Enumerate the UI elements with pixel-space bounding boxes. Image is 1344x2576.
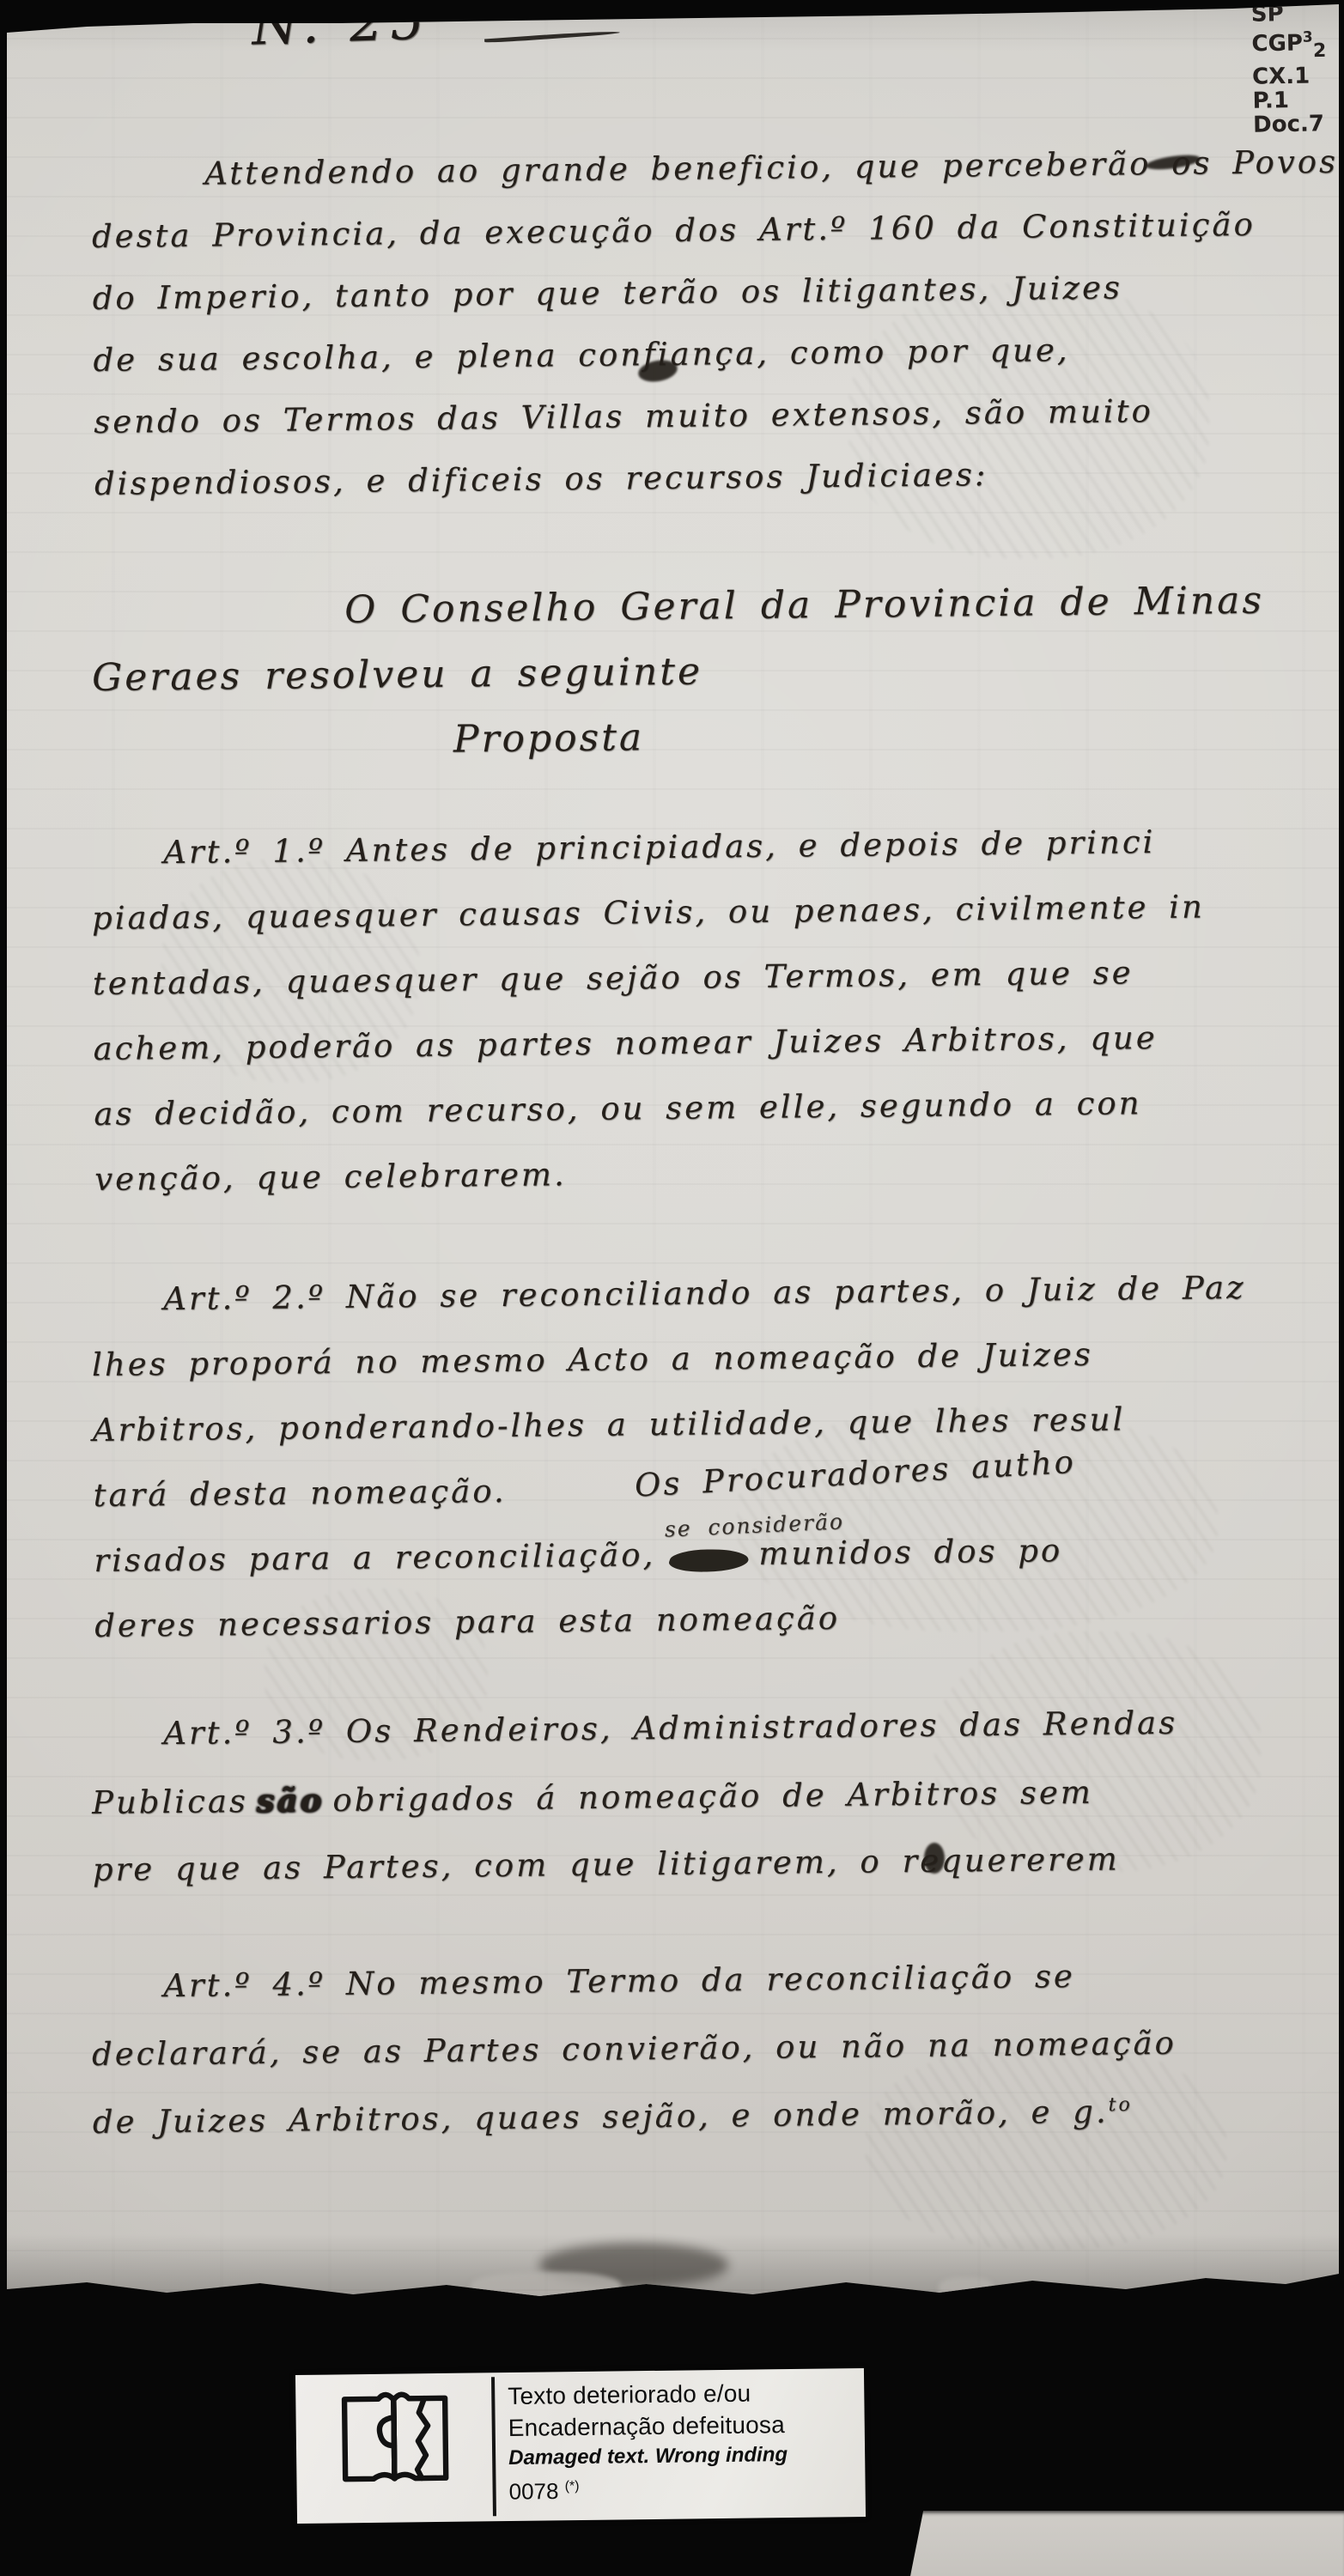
archival-mark: Doc.7 [1253,112,1328,137]
article-3: Art.º 3.º Os Rendeiros, Administradores … [91,1703,1304,1919]
superscript-abbreviation: to [1108,2093,1133,2116]
archival-marks: SP CGP32 CX.1 P.1 Doc.7 [1251,1,1328,137]
manuscript-line: Art.º 1.º Antes de principiadas, e depoi… [91,822,1303,900]
proposta-title: Proposta [93,708,1304,787]
manuscript-line: Art.º 3.º Os Rendeiros, Administradores … [91,1703,1303,1783]
manuscript-line: deres necessarios para esta nomeação [94,1595,1306,1673]
crossed-out-word: se considerão [666,1549,752,1572]
scan-corner-patch [910,2511,1344,2576]
manuscript-line: Art.º 4.º No mesmo Termo da reconciliaçã… [91,1955,1303,2036]
manuscript-line: venção, que celebrarem. [94,1148,1306,1226]
archival-mark: SP [1251,1,1326,27]
page-number: N. 25 [251,0,432,58]
blotted-correction: são [257,1781,325,1820]
torn-edge-remnant [939,2277,994,2300]
pen-flourish [484,29,620,43]
manuscript-line: pre que as Partes, com que litigarem, o … [93,1838,1304,1919]
manuscript-line: Art.º 2.º Não se reconciliando as partes… [91,1268,1303,1346]
damaged-book-icon [333,2384,455,2495]
manuscript-line: piadas, quaesquer causas Civis, ou penae… [92,887,1304,965]
condition-text-en: Damaged text. Wrong inding [508,2440,788,2473]
archival-mark: CX.1 [1252,64,1327,89]
archival-mark: CGP32 [1251,25,1326,64]
condition-text-pt: Encadernação defeituosa [508,2409,788,2444]
condition-text-pt: Texto deteriorado e/ou [508,2377,787,2412]
manuscript-line: risados para a reconciliação,se consider… [94,1529,1305,1607]
manuscript-line: O Conselho Geral da Provincia de Minas [91,578,1303,656]
manuscript-line: achem, poderão as partes nomear Juizes A… [93,1018,1304,1096]
manuscript-line: lhes proporá no mesmo Acto a nomeação de… [92,1334,1304,1412]
torn-edge-remnant [471,2272,621,2305]
manuscript-line: declarará, se as Partes convierão, ou nã… [92,2023,1304,2104]
article-2: Art.º 2.º Não se reconciliando as partes… [91,1268,1306,1673]
manuscript-line: Publicassãoobrigados á nomeação de Arbit… [92,1771,1304,1851]
opening-paragraph: Attendendo ao grande beneficio, que perc… [91,143,1305,527]
condition-label-text: Texto deteriorado e/ou Encadernação defe… [508,2377,788,2506]
archival-mark: P.1 [1253,88,1328,113]
manuscript-line: tentadas, quaesquer que sejão os Termos,… [93,952,1304,1030]
label-divider [491,2377,496,2516]
manuscript-paper: N. 25 SP CGP32 CX.1 P.1 Doc.7 Attendendo… [7,0,1339,2312]
manuscript-line: dispendiosos, e dificeis os recursos Jud… [94,453,1306,527]
condition-code: 0078 (*) [508,2470,788,2506]
manuscript-line: Geraes resolveu a seguinte [92,643,1304,721]
article-1: Art.º 1.º Antes de principiadas, e depoi… [91,822,1306,1226]
council-heading: O Conselho Geral da Provincia de Minas G… [91,578,1304,787]
condition-label: Texto deteriorado e/ou Encadernação defe… [295,2368,866,2524]
article-4: Art.º 4.º No mesmo Termo da reconciliaçã… [91,1955,1304,2172]
manuscript-line: as decidão, com recurso, ou sem elle, se… [94,1083,1305,1161]
manuscript-line: de Juizes Arbitros, quaes sejão, e onde … [93,2091,1304,2172]
